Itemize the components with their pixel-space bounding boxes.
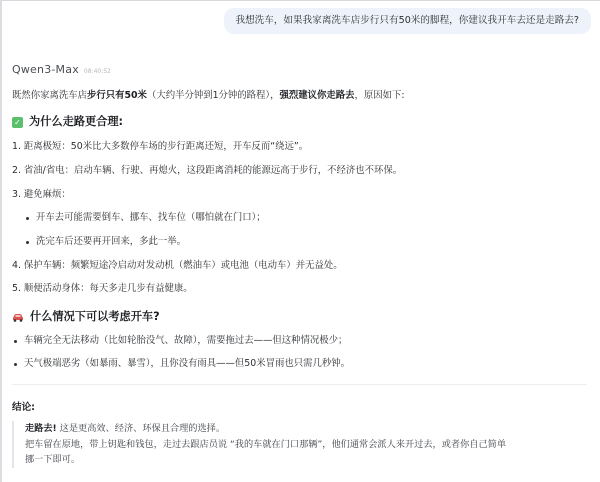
model-name: Qwen3-Max [12,63,79,76]
conclusion-line1: 这是更高效、经济、环保且合理的选择。 [57,423,225,434]
list-item: 车辆完全无法移动（比如轮胎没气、故障），需要拖过去——但这种情况极少； [12,334,592,348]
list-item: 4. 保护车辆：频繁短途冷启动对发动机（燃油车）或电池（电动车）并无益处。 [12,259,592,273]
user-message-bubble: 我想洗车，如果我家离洗车店步行只有50米的脚程，你建议我开车去还是走路去? [224,8,592,34]
list-item: 5. 顺便活动身体：每天多走几步有益健康。 [12,282,592,296]
list-item: 天气极端恶劣（如暴雨、暴雪），且你没有雨具——但50米冒雨也只需几秒钟。 [12,357,592,371]
intro-text: 既然你家离洗车店 [12,90,87,101]
car-icon [12,313,24,322]
conclusion-blockquote: 走路去! 这是更高效、经济、环保且合理的选择。 把车留在原地，带上钥匙和钱包，走… [12,421,595,468]
conclusion-title: 结论: [12,399,35,413]
message-timestamp: 08:40:52 [84,68,111,75]
intro-text-mid: （大约半分钟到1分钟的路程）， [147,90,280,101]
list-item: 3. 避免麻烦： [12,188,592,202]
sub-list: 开车去可能需要倒车、挪车、找车位（哪怕就在门口）； 洗完车后还要再开回来，多此一… [12,211,592,249]
assistant-answer: 既然你家离洗车店步行只有50米（大约半分钟到1分钟的路程），强烈建议你走路去，原… [12,89,592,371]
list-item: 1. 距离极短：50米比大多数停车场的步行距离还短，开车反而“绕远”。 [12,140,592,154]
intro-paragraph: 既然你家离洗车店步行只有50米（大约半分钟到1分钟的路程），强烈建议你走路去，原… [12,89,592,103]
sub-list-item: 洗完车后还要再开回来，多此一举。 [12,235,592,249]
section-heading-why-walk: ✓ 为什么走路更合理: [12,115,592,129]
list-item: 2. 省油/省电：启动车辆、行驶、再熄火，这段距离消耗的能源远高于步行，不经济也… [12,164,592,178]
conclusion-line2: 把车留在原地，带上钥匙和钱包，走过去跟店员说 “我的车就在门口那辆”，他们通常会… [25,437,595,453]
section-heading-when-drive: 什么情况下可以考虑开车? [12,310,592,324]
section-title: 为什么走路更合理: [29,115,123,129]
divider [12,384,587,385]
check-mark-icon: ✓ [12,117,23,128]
user-message-text: 我想洗车，如果我家离洗车店步行只有50米的脚程，你建议我开车去还是走路去? [236,15,580,26]
assistant-header: Qwen3-Max 08:40:52 [12,63,111,76]
intro-text-post: ，原因如下: [354,90,404,101]
sub-list-item: 开车去可能需要倒车、挪车、找车位（哪怕就在门口）； [12,211,592,225]
intro-bold-recommendation: 强烈建议你走路去 [279,90,354,101]
section-title: 什么情况下可以考虑开车? [30,310,160,324]
drive-conditions-list: 车辆完全无法移动（比如轮胎没气、故障），需要拖过去——但这种情况极少； 天气极端… [12,334,592,371]
conclusion-bold: 走路去! [25,423,57,434]
conclusion-line3: 挪一下即可。 [25,452,595,468]
intro-bold-distance: 步行只有50米 [87,90,147,101]
